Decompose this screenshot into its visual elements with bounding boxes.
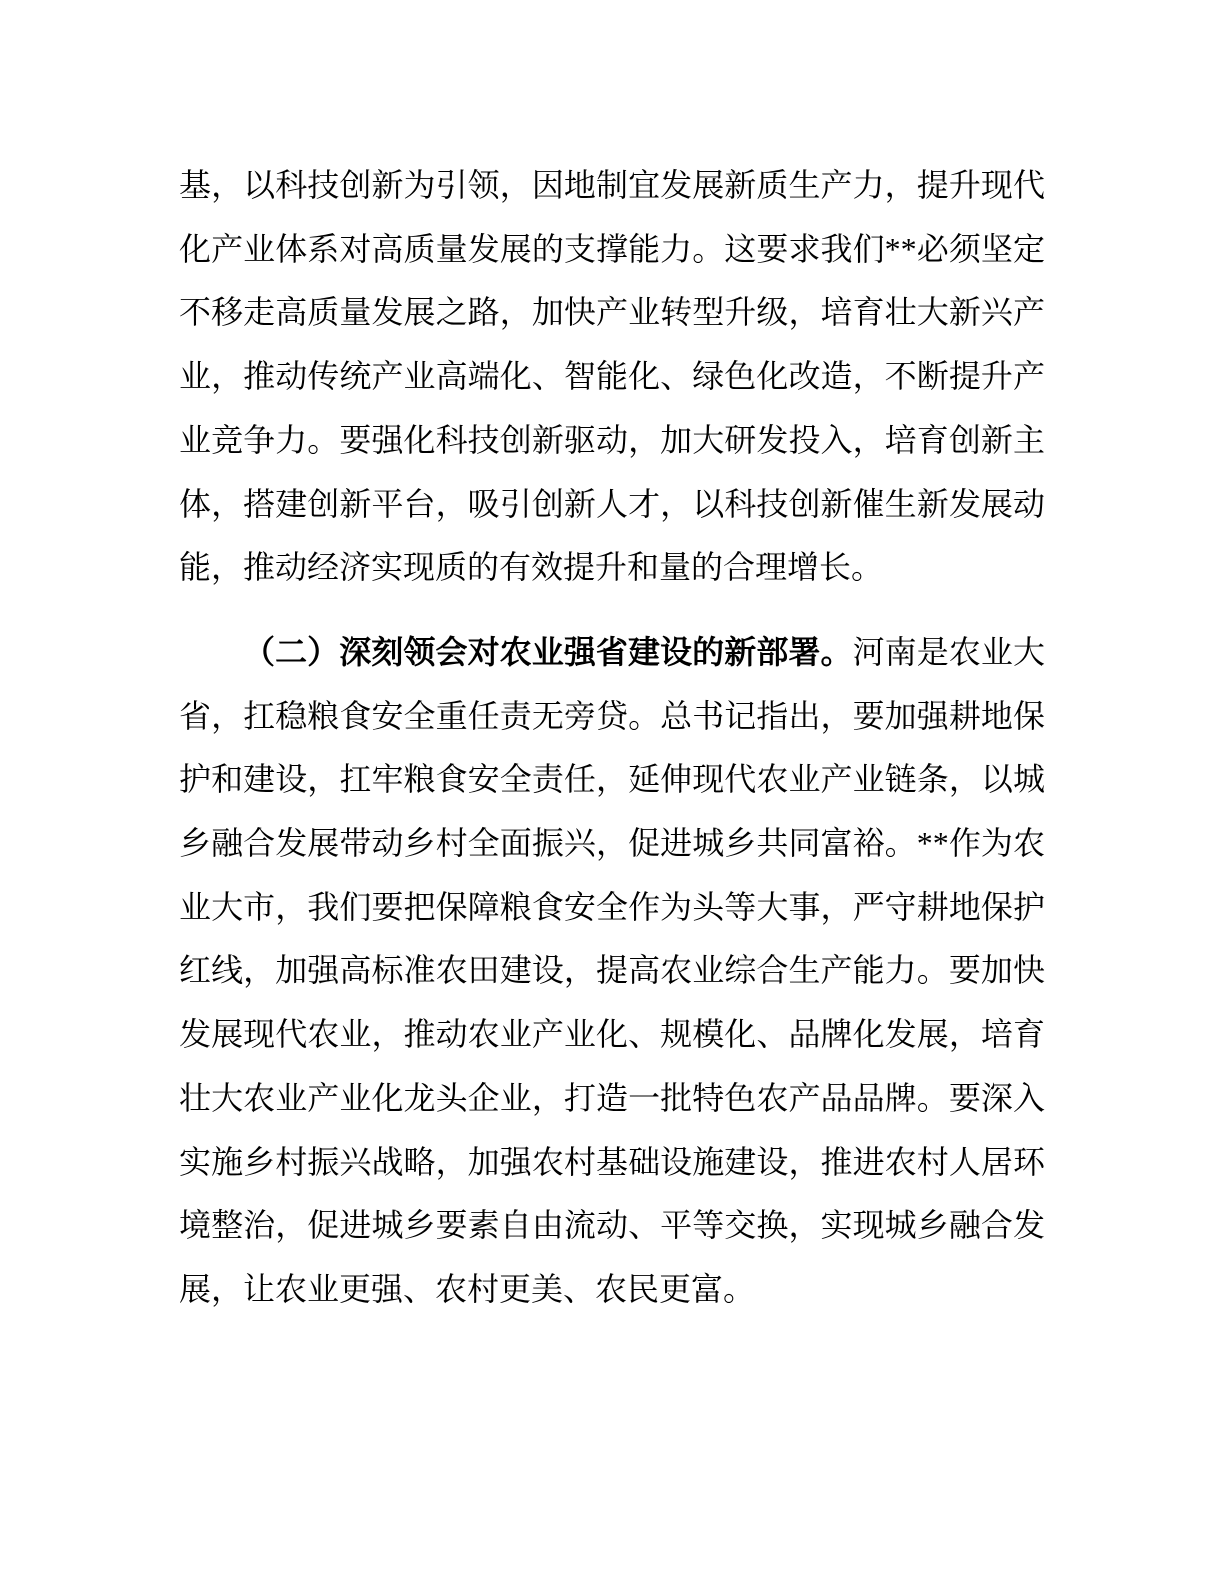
text-line: 体，搭建创新平台，吸引创新人才，以科技创新催生新发展动 xyxy=(179,473,1045,537)
section-heading: （二）深刻领会对农业强省建设的新部署。 xyxy=(243,634,853,670)
section-heading-rest: 河南是农业大 xyxy=(853,634,1045,670)
text-line-paragraph-end: 展，让农业更强、农村更美、农民更富。 xyxy=(179,1258,1045,1322)
text-line: 不移走高质量发展之路，加快产业转型升级，培育壮大新兴产 xyxy=(179,281,1045,345)
text-line: 发展现代农业，推动农业产业化、规模化、品牌化发展，培育 xyxy=(179,1003,1045,1067)
paragraph-section-2: （二）深刻领会对农业强省建设的新部署。河南是农业大 省，扛稳粮食安全重任责无旁贷… xyxy=(179,621,1045,1322)
text-line: 业大市，我们要把保障粮食安全作为头等大事，严守耕地保护 xyxy=(179,876,1045,940)
text-line: 基，以科技创新为引领，因地制宜发展新质生产力，提升现代 xyxy=(179,154,1045,218)
text-line: 境整治，促进城乡要素自由流动、平等交换，实现城乡融合发 xyxy=(179,1194,1045,1258)
section-heading-line: （二）深刻领会对农业强省建设的新部署。河南是农业大 xyxy=(179,621,1045,685)
text-block: 基，以科技创新为引领，因地制宜发展新质生产力，提升现代 化产业体系对高质量发展的… xyxy=(179,154,1045,1322)
text-line: 省，扛稳粮食安全重任责无旁贷。总书记指出，要加强耕地保 xyxy=(179,685,1045,749)
text-line: 红线，加强高标准农田建设，提高农业综合生产能力。要加快 xyxy=(179,939,1045,1003)
text-line: 乡融合发展带动乡村全面振兴，促进城乡共同富裕。**作为农 xyxy=(179,812,1045,876)
paragraph-continued: 基，以科技创新为引领，因地制宜发展新质生产力，提升现代 化产业体系对高质量发展的… xyxy=(179,154,1045,600)
text-line: 壮大农业产业化龙头企业，打造一批特色农产品品牌。要深入 xyxy=(179,1067,1045,1131)
document-page: 基，以科技创新为引领，因地制宜发展新质生产力，提升现代 化产业体系对高质量发展的… xyxy=(0,0,1224,1584)
text-line: 护和建设，扛牢粮食安全责任，延伸现代农业产业链条，以城 xyxy=(179,748,1045,812)
text-line: 业，推动传统产业高端化、智能化、绿色化改造，不断提升产 xyxy=(179,345,1045,409)
text-line: 化产业体系对高质量发展的支撑能力。这要求我们**必须坚定 xyxy=(179,218,1045,282)
text-line: 实施乡村振兴战略，加强农村基础设施建设，推进农村人居环 xyxy=(179,1131,1045,1195)
text-line: 业竞争力。要强化科技创新驱动，加大研发投入，培育创新主 xyxy=(179,409,1045,473)
text-line-paragraph-end: 能，推动经济实现质的有效提升和量的合理增长。 xyxy=(179,536,1045,600)
